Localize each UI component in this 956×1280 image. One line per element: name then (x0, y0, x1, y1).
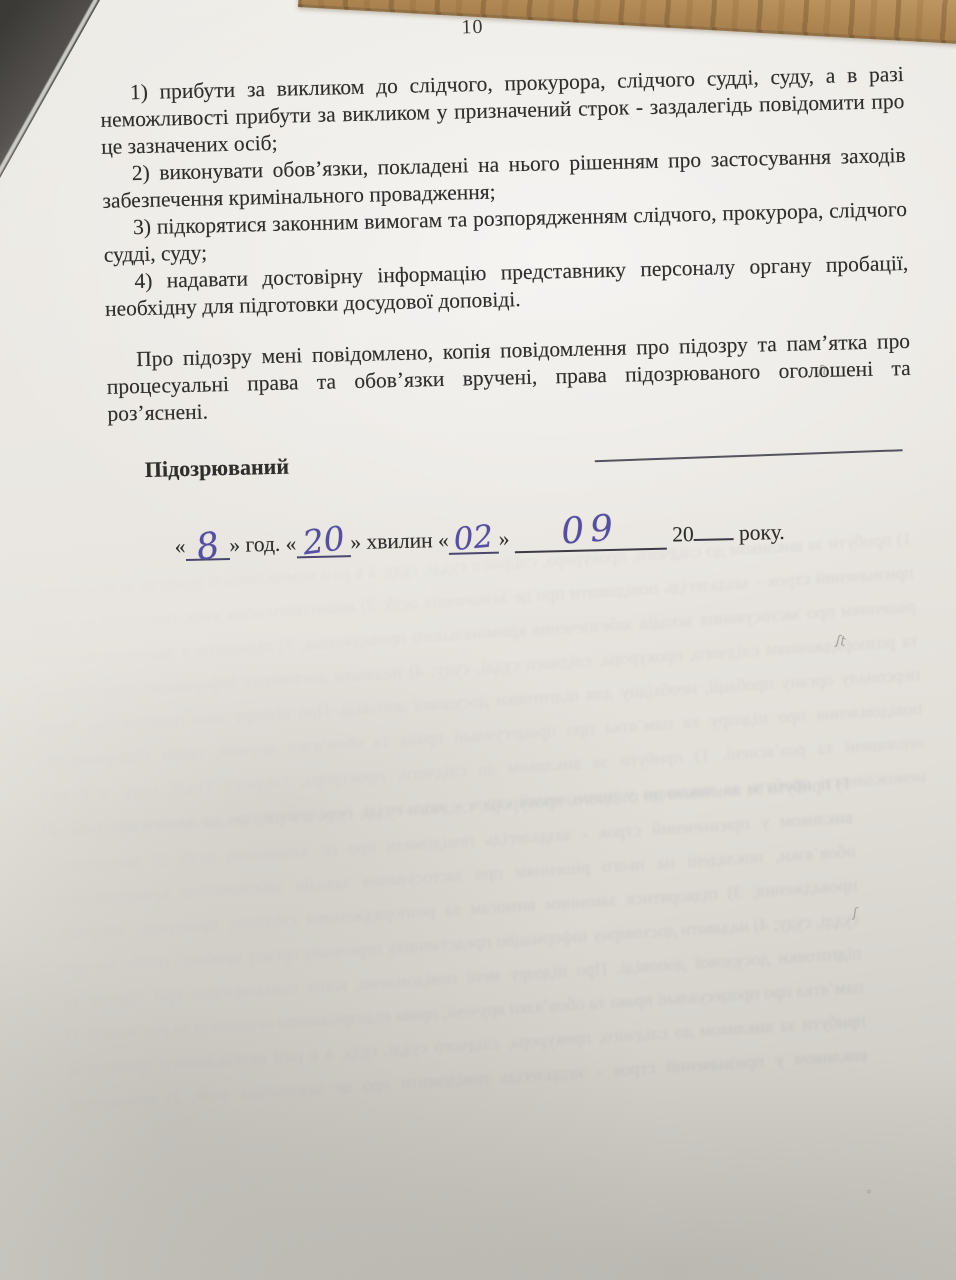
signature-line (595, 449, 903, 462)
handwritten-month: 09 (562, 528, 620, 532)
day-field: 02 (448, 527, 499, 555)
bleedthrough-text-lower: 1) прибути за викликом до слідчого, прок… (52, 766, 869, 1114)
quote-close: » (229, 533, 240, 557)
acknowledgement-paragraph: Про підозру мені повідомлено, копія пові… (106, 328, 912, 428)
quote-open: « (438, 528, 449, 552)
handwritten-minute: 20 (303, 538, 345, 543)
pencil-mark: ° (866, 1188, 872, 1202)
obligations-list: 1) прибути за викликом до слідчого, прок… (100, 61, 912, 428)
datetime-line: «8» год. «20» хвилин «02» 09 20 року. (174, 516, 956, 562)
year-prefix: 20 (672, 522, 694, 546)
year-field (694, 538, 734, 541)
quote-open: « (174, 534, 185, 558)
quote-open: « (285, 531, 296, 555)
handwritten-day: 02 (454, 536, 493, 540)
year-suffix: року. (739, 520, 785, 545)
minute-field: 20 (296, 530, 351, 558)
document-page: 10 1) прибути за викликом до слідчого, п… (0, 0, 956, 565)
minute-label: хвилин (366, 528, 433, 554)
quote-close: » (498, 526, 509, 550)
hour-field: 8 (185, 533, 230, 561)
handwritten-hour: 8 (197, 546, 220, 550)
quote-close: » (350, 530, 361, 554)
signature-row: Підозрюваний (145, 439, 903, 483)
signature-label: Підозрюваний (145, 454, 290, 483)
hour-label: год. (245, 532, 280, 557)
bleedthrough-text-upper: 1) прибути за викликом до слідчого, прок… (26, 521, 927, 855)
month-field: 09 (515, 523, 668, 554)
scanned-document-photo: 1) прибути за викликом до слідчого, прок… (0, 0, 956, 1280)
page-number: 10 (0, 5, 951, 51)
pencil-mark: ʃt (834, 633, 847, 650)
pencil-mark: ʃ (852, 906, 858, 921)
